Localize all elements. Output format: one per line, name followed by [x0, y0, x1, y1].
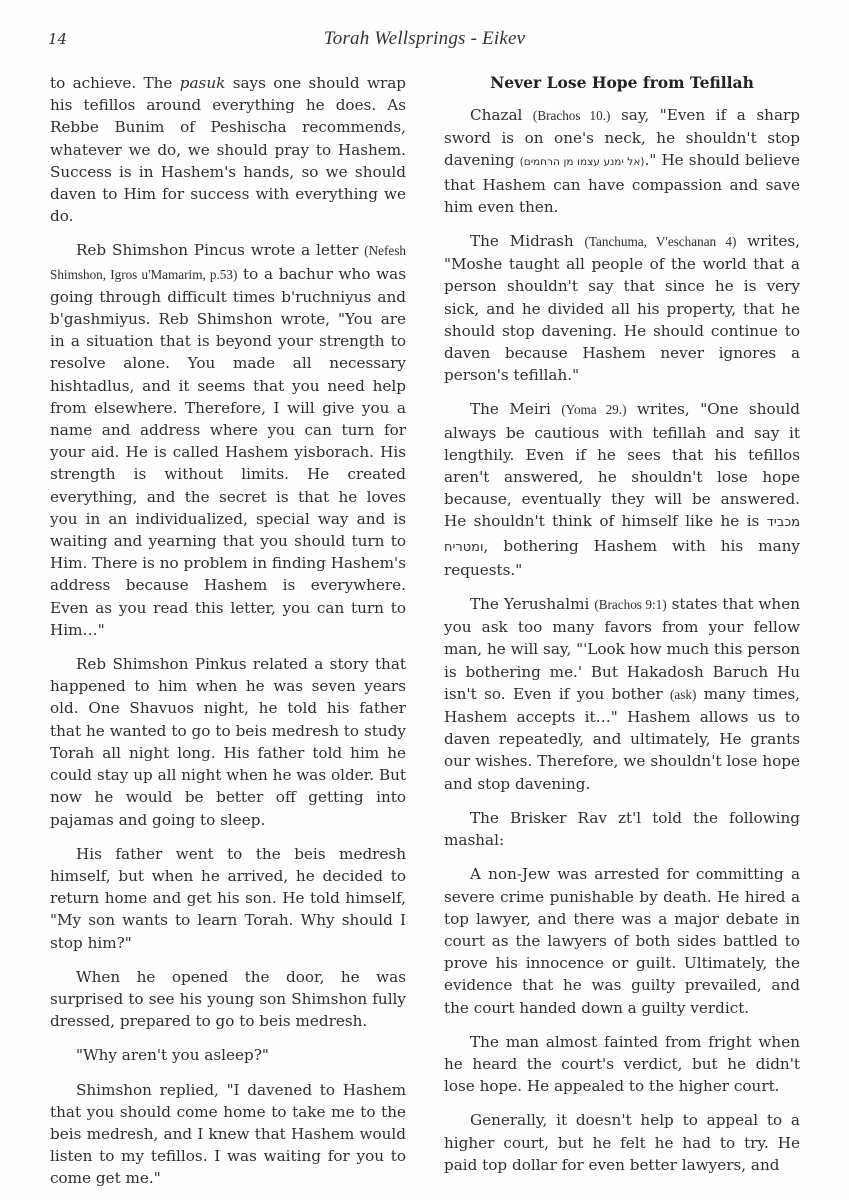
paragraph: A non-Jew was arrested for committing a …	[444, 863, 800, 1018]
paragraph: The man almost fainted from fright when …	[444, 1031, 800, 1098]
running-header: 14 Torah Wellsprings - Eikev	[48, 30, 801, 54]
source-citation: (Brachos 10.)	[533, 108, 611, 123]
book-page: 14 Torah Wellsprings - Eikev to achieve.…	[0, 0, 849, 1200]
paragraph: to achieve. The pasuk says one should wr…	[50, 72, 406, 227]
text: Chazal	[470, 106, 533, 124]
paragraph: Chazal (Brachos 10.) say, "Even if a sha…	[444, 104, 800, 218]
source-citation: (Brachos 9:1)	[594, 597, 666, 612]
paragraph: Reb Shimshon Pincus wrote a letter (Nefe…	[50, 239, 406, 641]
text: Reb Shimshon Pincus wrote a letter	[76, 241, 364, 259]
paragraph: When he opened the door, he was surprise…	[50, 966, 406, 1033]
left-column: to achieve. The pasuk says one should wr…	[50, 72, 406, 1200]
text: to achieve. The	[50, 74, 180, 92]
source-citation: (Tanchuma, V'eschanan 4)	[584, 234, 736, 249]
running-title: Torah Wellsprings - Eikev	[48, 28, 801, 50]
text: writes, "One should always be cautious w…	[444, 400, 800, 530]
paragraph: The Brisker Rav zt'l told the following …	[444, 807, 800, 851]
text: The Midrash	[470, 232, 584, 250]
section-heading: Never Lose Hope from Tefillah	[444, 72, 800, 94]
text: says one should wrap his tefillos around…	[50, 74, 406, 225]
paragraph: His father went to the beis medresh hims…	[50, 843, 406, 954]
hebrew-quote: (אל ימנע עצמו מן הרחמים)	[520, 156, 645, 168]
text: , bothering Hashem with his many request…	[444, 537, 800, 579]
paragraph: The Yerushalmi (Brachos 9:1) states that…	[444, 593, 800, 795]
text: The Yerushalmi	[470, 595, 594, 613]
paragraph: Reb Shimshon Pinkus related a story that…	[50, 653, 406, 831]
italic-term: pasuk	[180, 74, 226, 92]
paragraph: The Meiri (Yoma 29.) writes, "One should…	[444, 398, 800, 581]
source-citation: (Yoma 29.)	[561, 402, 626, 417]
paragraph: The Midrash (Tanchuma, V'eschanan 4) wri…	[444, 230, 800, 386]
paragraph: Shimshon replied, "I davened to Hashem t…	[50, 1079, 406, 1190]
right-column: Never Lose Hope from Tefillah Chazal (Br…	[444, 72, 800, 1188]
paragraph: Generally, it doesn't help to appeal to …	[444, 1109, 800, 1176]
paragraph: "Why aren't you asleep?"	[50, 1044, 406, 1066]
text: writes, "Moshe taught all people of the …	[444, 232, 800, 384]
gloss: (ask)	[670, 687, 696, 702]
text: to a bachur who was going through diffic…	[50, 265, 406, 639]
text: The Meiri	[470, 400, 561, 418]
